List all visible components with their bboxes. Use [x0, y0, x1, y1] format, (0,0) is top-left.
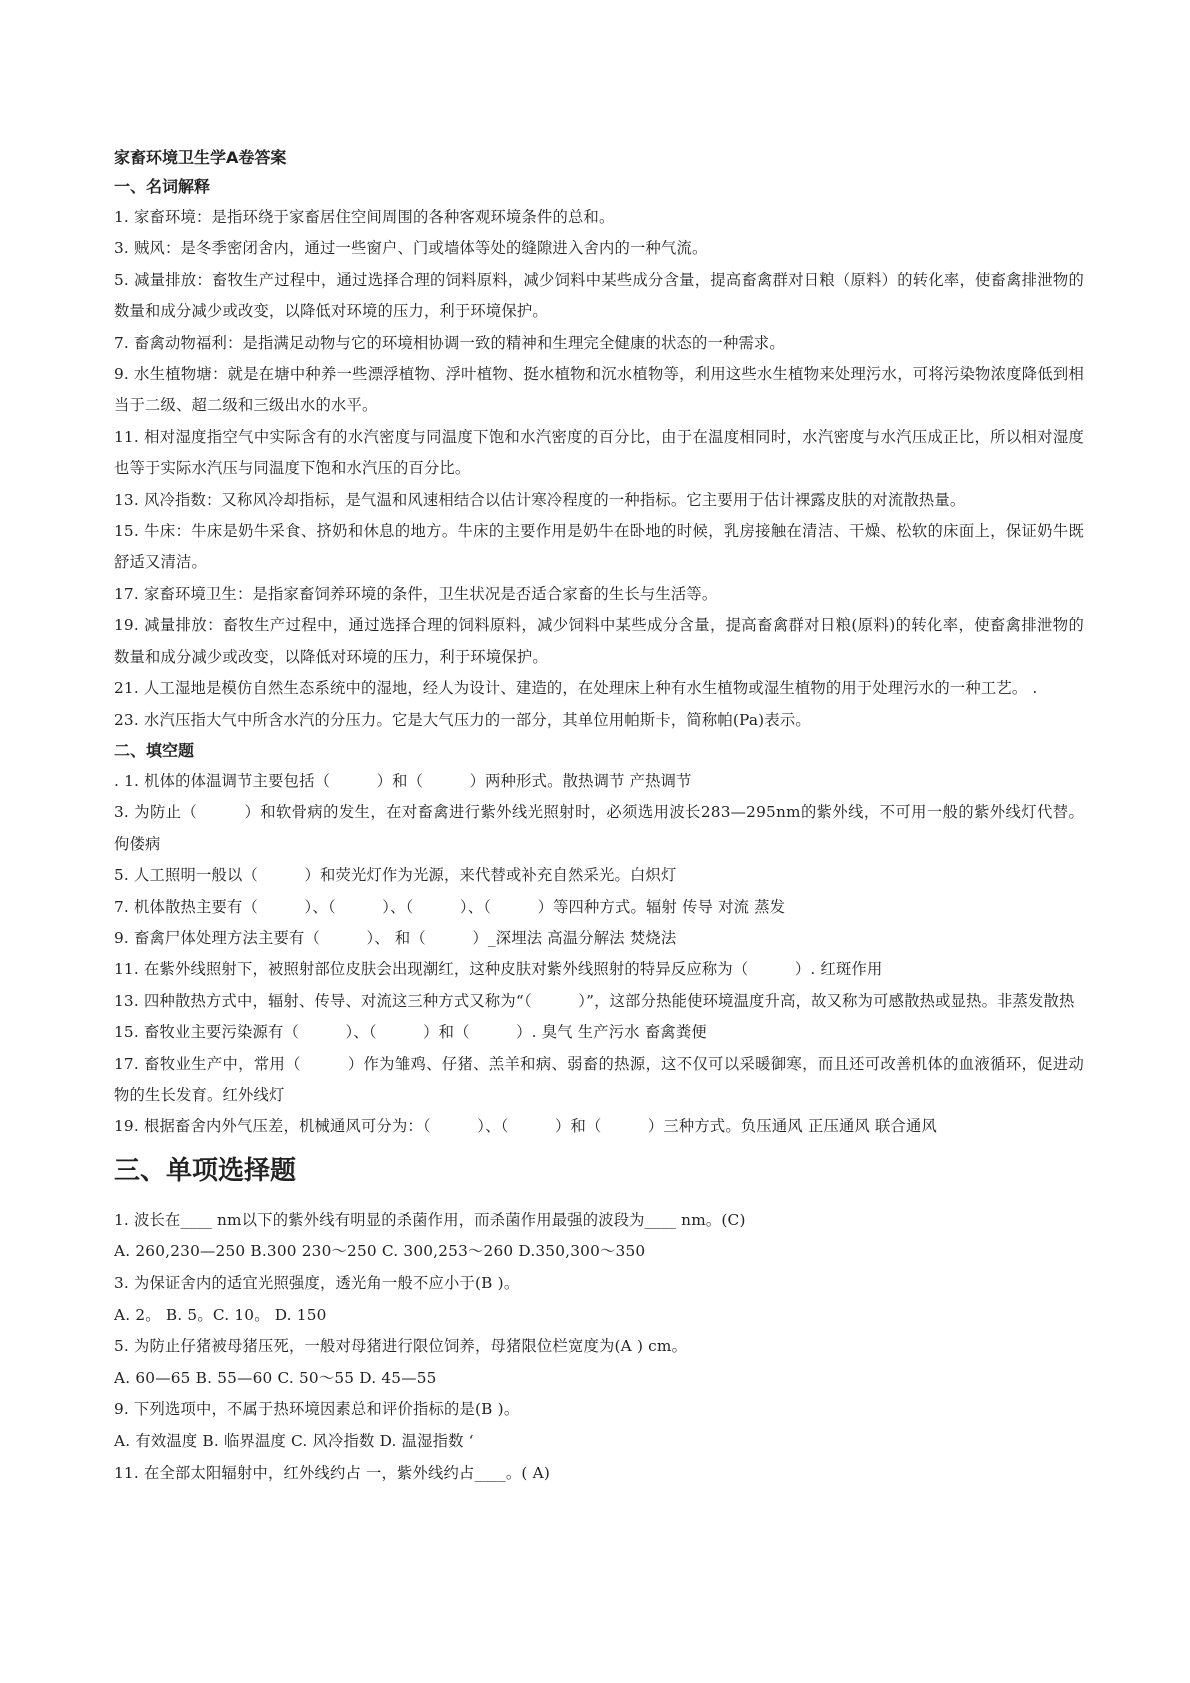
definition-item: 17. 家畜环境卫生：是指家畜饲养环境的条件，卫生状况是否适合家畜的生长与生活等…	[114, 579, 1084, 610]
mc-question: 5. 为防止仔猪被母猪压死，一般对母猪进行限位饲养，母猪限位栏宽度为(A ) c…	[114, 1331, 1084, 1363]
definition-item: 15. 牛床：牛床是奶牛采食、挤奶和休息的地方。牛床的主要作用是奶牛在卧地的时候…	[114, 516, 1084, 579]
definitions-list: 1. 家畜环境：是指环绕于家畜居住空间周围的各种客观环境条件的总和。 3. 贼风…	[114, 202, 1084, 736]
section-fill-in: 二、填空题 . 1. 机体的体温调节主要包括（ ）和（ ）两种形式。散热调节 产…	[114, 736, 1084, 1143]
mc-options: A. 2。 B. 5。C. 10。 D. 150	[114, 1300, 1084, 1332]
multiple-choice-list: 1. 波长在____ nm以下的紫外线有明显的杀菌作用，而杀菌作用最强的波段为_…	[114, 1205, 1084, 1489]
fill-in-item: 5. 人工照明一般以（ ）和荧光灯作为光源，来代替或补充自然采光。白炽灯	[114, 860, 1084, 891]
definition-item: 1. 家畜环境：是指环绕于家畜居住空间周围的各种客观环境条件的总和。	[114, 202, 1084, 233]
definition-item: 19. 减量排放：畜牧生产过程中，通过选择合理的饲料原料，减少饲料中某些成分含量…	[114, 610, 1084, 673]
fill-in-list: . 1. 机体的体温调节主要包括（ ）和（ ）两种形式。散热调节 产热调节 3.…	[114, 766, 1084, 1143]
definition-item: 9. 水生植物塘：就是在塘中种养一些漂浮植物、浮叶植物、挺水植物和沉水植物等，利…	[114, 359, 1084, 422]
definition-item: 21. 人工湿地是模仿自然生态系统中的湿地，经人为设计、建造的，在处理床上种有水…	[114, 673, 1084, 704]
fill-in-item: 3. 为防止（ ）和软骨病的发生，在对畜禽进行紫外线光照射时，必须选用波长283…	[114, 797, 1084, 860]
mc-options: A. 有效温度 B. 临界温度 C. 风冷指数 D. 温湿指数 ‘	[114, 1426, 1084, 1458]
section-heading-definitions: 一、名词解释	[114, 172, 1084, 202]
section-multiple-choice: 三、单项选择题 1. 波长在____ nm以下的紫外线有明显的杀菌作用，而杀菌作…	[114, 1151, 1084, 1489]
document-page: 家畜环境卫生学A卷答案 一、名词解释 1. 家畜环境：是指环绕于家畜居住空间周围…	[114, 144, 1084, 1489]
mc-question: 3. 为保证舍内的适宜光照强度，透光角一般不应小于(B )。	[114, 1268, 1084, 1300]
fill-in-item: 15. 畜牧业主要污染源有（ ）、（ ）和（ ）. 臭气 生产污水 畜禽粪便	[114, 1017, 1084, 1048]
fill-in-item: . 1. 机体的体温调节主要包括（ ）和（ ）两种形式。散热调节 产热调节	[114, 766, 1084, 797]
fill-in-item: 11. 在紫外线照射下，被照射部位皮肤会出现潮红，这种皮肤对紫外线照射的特异反应…	[114, 954, 1084, 985]
section-heading-fill-in: 二、填空题	[114, 736, 1084, 766]
mc-question: 9. 下列选项中，不属于热环境因素总和评价指标的是(B )。	[114, 1394, 1084, 1426]
section-definitions: 一、名词解释 1. 家畜环境：是指环绕于家畜居住空间周围的各种客观环境条件的总和…	[114, 172, 1084, 736]
mc-question: 11. 在全部太阳辐射中，红外线约占 一，紫外线约占____。( A)	[114, 1458, 1084, 1490]
definition-item: 11. 相对湿度指空气中实际含有的水汽密度与同温度下饱和水汽密度的百分比，由于在…	[114, 422, 1084, 485]
section-heading-multiple-choice: 三、单项选择题	[114, 1151, 1084, 1191]
fill-in-item: 7. 机体散热主要有（ ）、（ ）、（ ）、（ ）等四种方式。辐射 传导 对流 …	[114, 892, 1084, 923]
mc-options: A. 60—65 B. 55—60 C. 50～55 D. 45—55	[114, 1363, 1084, 1395]
fill-in-item: 17. 畜牧业生产中，常用（ ）作为雏鸡、仔猪、羔羊和病、弱畜的热源，这不仅可以…	[114, 1049, 1084, 1112]
fill-in-item: 13. 四种散热方式中，辐射、传导、对流这三种方式又称为“（ ）”，这部分热能使…	[114, 986, 1084, 1017]
document-title: 家畜环境卫生学A卷答案	[114, 144, 1084, 172]
definition-item: 23. 水汽压指大气中所含水汽的分压力。它是大气压力的一部分，其单位用帕斯卡，简…	[114, 705, 1084, 736]
definition-item: 3. 贼风：是冬季密闭舍内，通过一些窗户、门或墙体等处的缝隙进入舍内的一种气流。	[114, 233, 1084, 264]
fill-in-item: 9. 畜禽尸体处理方法主要有（ ）、 和（ ）_深埋法 高温分解法 焚烧法	[114, 923, 1084, 954]
mc-question: 1. 波长在____ nm以下的紫外线有明显的杀菌作用，而杀菌作用最强的波段为_…	[114, 1205, 1084, 1237]
definition-item: 5. 减量排放：畜牧生产过程中，通过选择合理的饲料原料，减少饲料中某些成分含量，…	[114, 265, 1084, 328]
definition-item: 7. 畜禽动物福利：是指满足动物与它的环境相协调一致的精神和生理完全健康的状态的…	[114, 328, 1084, 359]
fill-in-item: 19. 根据畜舍内外气压差，机械通风可分为：（ ）、（ ）和（ ）三种方式。负压…	[114, 1111, 1084, 1142]
definition-item: 13. 风冷指数：又称风冷却指标，是气温和风速相结合以估计寒冷程度的一种指标。它…	[114, 485, 1084, 516]
mc-options: A. 260,230—250 B.300 230～250 C. 300,253～…	[114, 1236, 1084, 1268]
